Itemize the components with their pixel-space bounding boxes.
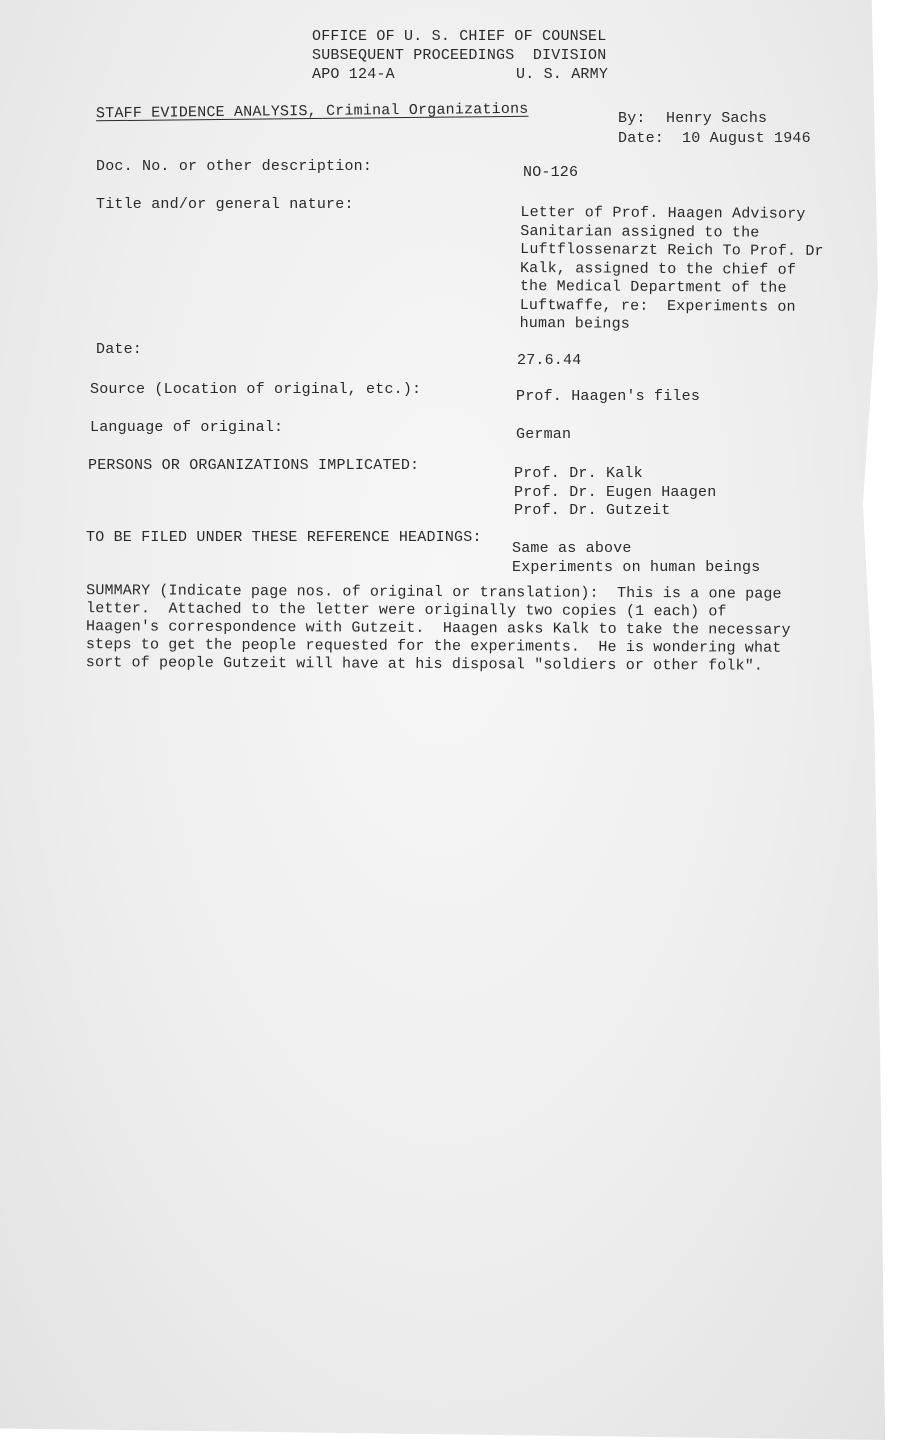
date-field-value: 27.6.44: [517, 352, 581, 370]
source-label: Source (Location of original, etc.):: [90, 381, 421, 399]
by-label: By:: [618, 110, 646, 128]
title-label: Title and/or general nature:: [96, 196, 354, 214]
headings-value: Same as above Experiments on human being…: [512, 540, 760, 577]
summary-text: SUMMARY (Indicate page nos. of original …: [86, 582, 806, 676]
doc-no-label: Doc. No. or other description:: [96, 158, 372, 176]
header-line-1: OFFICE OF U. S. CHIEF OF COUNSEL: [312, 28, 606, 46]
by-value: Henry Sachs: [666, 110, 767, 128]
language-label: Language of original:: [90, 419, 283, 437]
header-army: U. S. ARMY: [516, 66, 608, 84]
form-title: STAFF EVIDENCE ANALYSIS, Criminal Organi…: [96, 101, 529, 124]
date-value: 10 August 1946: [682, 130, 811, 148]
persons-label: PERSONS OR ORGANIZATIONS IMPLICATED:: [88, 457, 419, 475]
title-value: Letter of Prof. Haagen Advisory Sanitari…: [520, 204, 825, 336]
header-apo: APO 124-A: [312, 66, 395, 84]
language-value: German: [516, 426, 571, 444]
doc-no-value: NO-126: [523, 164, 578, 182]
date-field-label: Date:: [96, 341, 142, 359]
headings-label: TO BE FILED UNDER THESE REFERENCE HEADIN…: [86, 529, 482, 547]
persons-value: Prof. Dr. Kalk Prof. Dr. Eugen Haagen Pr…: [514, 465, 716, 521]
source-value: Prof. Haagen's files: [516, 388, 700, 406]
date-label: Date:: [618, 130, 664, 148]
document-page: OFFICE OF U. S. CHIEF OF COUNSEL SUBSEQU…: [0, 0, 885, 1440]
header-line-2: SUBSEQUENT PROCEEDINGS DIVISION: [312, 47, 606, 65]
